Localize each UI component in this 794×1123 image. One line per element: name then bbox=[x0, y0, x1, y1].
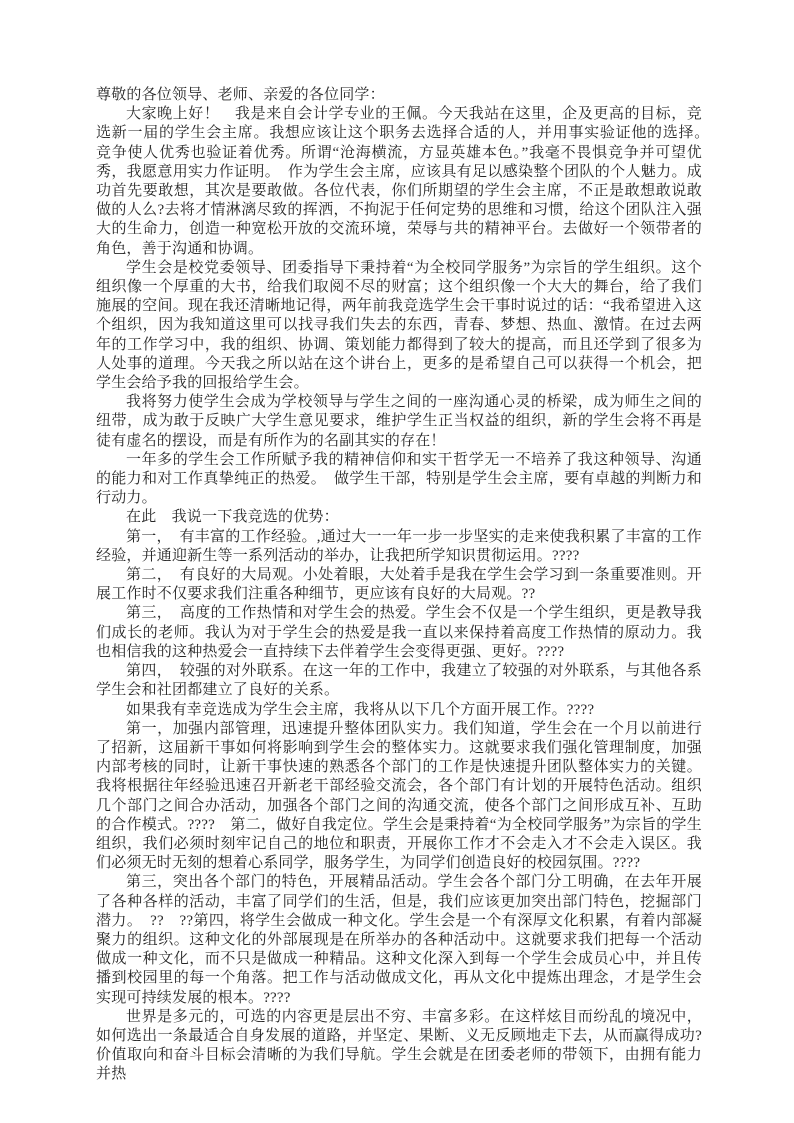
salutation-line: 尊敬的各位领导、老师、亲爱的各位同学： bbox=[96, 86, 702, 105]
work-plan-intro-paragraph: 如果我有幸竞选成为学生会主席，我将从以下几个方面开展工作。???? bbox=[96, 701, 702, 720]
advantage-4-paragraph: 第四， 较强的对外联系。在这一年的工作中，我建立了较强的对外联系，与其他各系学生… bbox=[96, 662, 702, 700]
experience-paragraph: 一年多的学生会工作所赋予我的精神信仰和实干哲学无一不培养了我这种领导、沟通的能力… bbox=[96, 451, 702, 509]
bridge-vision-paragraph: 我将努力使学生会成为学校领导与学生之间的一座沟通心灵的桥梁，成为师生之间的纽带，… bbox=[96, 393, 702, 451]
student-union-intro-paragraph: 学生会是校党委领导、团委指导下秉持着“为全校同学服务”为宗旨的学生组织。这个组织… bbox=[96, 259, 702, 393]
work-plan-3-4-paragraph: 第三，突出各个部门的特色，开展精品活动。学生会各个部门分工明确，在去年开展了各种… bbox=[96, 873, 702, 1007]
advantages-heading: 在此 我说一下我竞选的优势： bbox=[96, 508, 702, 527]
work-plan-1-2-paragraph: 第一，加强内部管理，迅速提升整体团队实力。我们知道，学生会在一个月以前进行了招新… bbox=[96, 720, 702, 874]
advantage-3-paragraph: 第三， 高度的工作热情和对学生会的热爱。学生会不仅是一个学生组织，更是教导我们成… bbox=[96, 604, 702, 662]
closing-paragraph: 世界是多元的，可选的内容更是层出不穷、丰富多彩。在这样炫目而纷乱的境况中，如何选… bbox=[96, 1008, 702, 1085]
advantage-2-paragraph: 第二， 有良好的大局观。小处着眼，大处着手是我在学生会学习到一条重要准则。开展工… bbox=[96, 566, 702, 604]
advantage-1-paragraph: 第一， 有丰富的工作经验。,通过大一一年一步一步坚实的走来使我积累了丰富的工作经… bbox=[96, 528, 702, 566]
opening-paragraph: 大家晚上好！ 我是来自会计学专业的王佩。今天我站在这里，企及更高的目标，竞选新一… bbox=[96, 105, 702, 259]
document-page: 尊敬的各位领导、老师、亲爱的各位同学： 大家晚上好！ 我是来自会计学专业的王佩。… bbox=[96, 86, 702, 1085]
